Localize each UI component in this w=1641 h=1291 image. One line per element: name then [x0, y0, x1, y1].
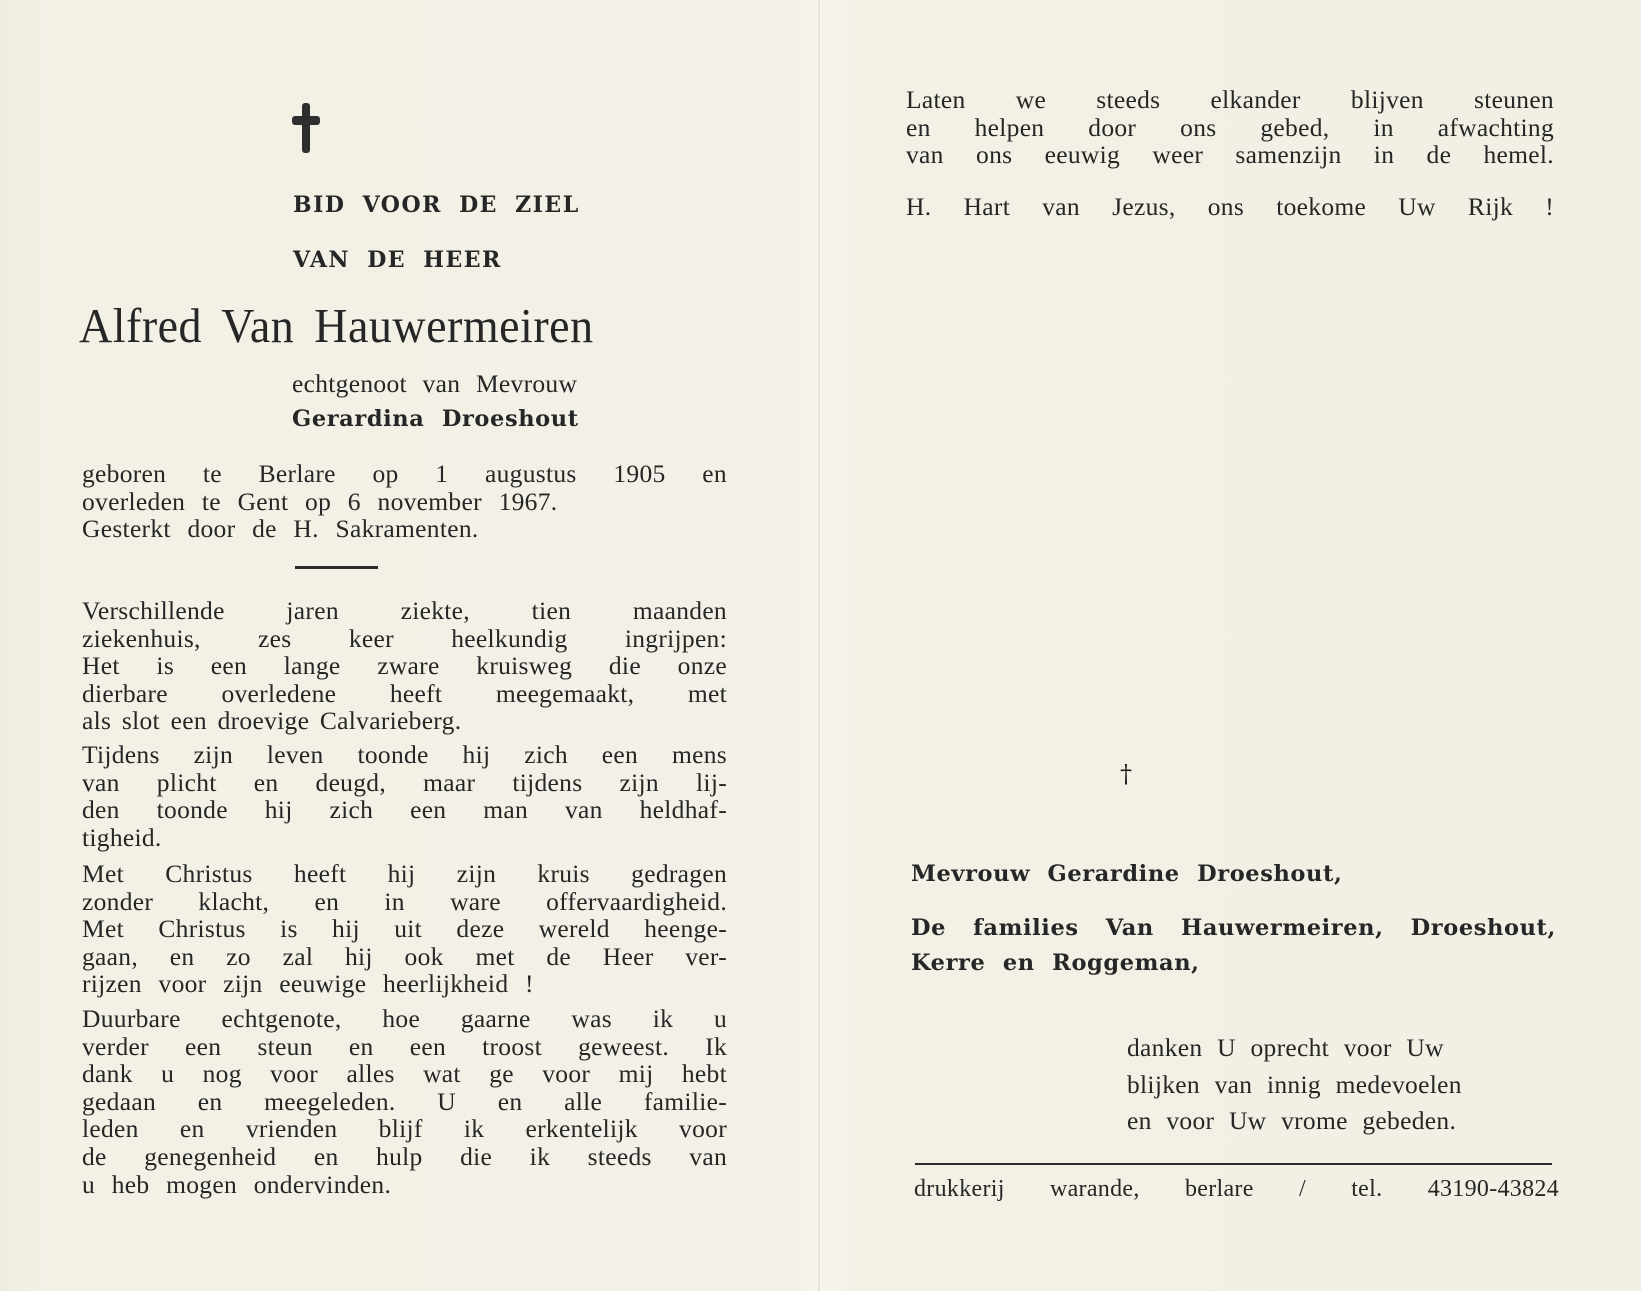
life-dates-line-2: overleden te Gent op 6 november 1967. [82, 488, 727, 516]
paragraph-line: den toonde hij zich een man van heldhaf- [82, 796, 727, 824]
paragraph-line: tigheid. [82, 824, 727, 852]
life-dates: geborenteBerlareop1augustus1905en overle… [82, 460, 727, 543]
life-dates-line-1: geborenteBerlareop1augustus1905en [82, 460, 727, 488]
paragraph-line: dierbare overledene heeft meegemaakt, me… [82, 680, 727, 708]
paragraph-line: Tijdens zijn leven toonde hij zich een m… [82, 741, 727, 769]
paragraph-line: Het is een lange zware kruisweg die onze [82, 652, 727, 680]
heading-bid-voor-de-ziel: BID VOOR DE ZIEL [293, 192, 580, 218]
paragraph-line: rijzen voor zijn eeuwige heerlijkheid ! [82, 970, 727, 998]
widow-name: Mevrouw Gerardine Droeshout, [911, 861, 1342, 887]
center-fold [818, 0, 822, 1291]
paragraph-line: van plicht en deugd, maar tijdens zijn l… [82, 769, 727, 797]
paragraph-4: Duurbare echtgenote, hoe gaarne was ik u… [82, 1005, 727, 1198]
families-line-1: De families Van Hauwermeiren, Droeshout, [911, 915, 1556, 945]
paragraph-1: Verschillende jaren ziekte, tien maanden… [82, 597, 727, 735]
paragraph-line: leden en vrienden blijf ik erkentelijk v… [82, 1115, 727, 1143]
paragraph-line: gedaan en meegeleden. U en alle familie- [82, 1088, 727, 1116]
small-cross-icon: † [1120, 762, 1132, 786]
paragraph-line: zonder klacht, en in ware offervaardighe… [82, 888, 727, 916]
paragraph-line: Met Christus heeft hij zijn kruis gedrag… [82, 860, 727, 888]
paragraph-line: de genegenheid en hulp die ik steeds van [82, 1143, 727, 1171]
paragraph-line: als slot een droevige Calvarieberg. [82, 707, 727, 735]
thanks-text: danken U oprecht voor Uw blijken van inn… [1127, 1030, 1560, 1140]
paragraph-2: Tijdens zijn leven toonde hij zich een m… [82, 741, 727, 851]
printer-credit: drukkerij warande, berlare / tel. 43190-… [914, 1176, 1559, 1204]
families-line-2: Kerre en Roggeman, [911, 950, 1200, 976]
families-text: De families Van Hauwermeiren, Droeshout, [911, 915, 1556, 945]
paragraph-line: u heb mogen ondervinden. [82, 1171, 727, 1199]
paragraph-line: Duurbare echtgenote, hoe gaarne was ik u [82, 1005, 727, 1033]
paragraph-line: verder een steun en een troost geweest. … [82, 1033, 727, 1061]
life-dates-line-3: Gesterkt door de H. Sakramenten. [82, 515, 727, 543]
prayer-line: van ons eeuwig weer samenzijn in de heme… [906, 141, 1554, 169]
invocation-line: H. Hart van Jezus, ons toekome Uw Rijk ! [906, 193, 1554, 221]
invocation: H. Hart van Jezus, ons toekome Uw Rijk ! [906, 193, 1554, 221]
thanks-line: blijken van innig medevoelen [1127, 1067, 1560, 1104]
prayer-line: Laten we steeds elkander blijven steunen [906, 86, 1554, 114]
thanks-line: danken U oprecht voor Uw [1127, 1030, 1560, 1067]
paragraph-line: gaan, en zo zal hij ook met de Heer ver- [82, 943, 727, 971]
paragraph-3: Met Christus heeft hij zijn kruis gedrag… [82, 860, 727, 998]
paragraph-line: ziekenhuis, zes keer heelkundig ingrijpe… [82, 625, 727, 653]
divider-rule [295, 566, 378, 569]
prayer-line: en helpen door ons gebed, in afwachting [906, 114, 1554, 142]
cross-icon [292, 103, 320, 153]
prayer-text: Laten we steeds elkander blijven steunen… [906, 86, 1554, 169]
paragraph-line: Verschillende jaren ziekte, tien maanden [82, 597, 727, 625]
paragraph-line: Met Christus is hij uit deze wereld heen… [82, 915, 727, 943]
deceased-name: Alfred Van Hauwermeiren [79, 298, 594, 354]
printer-line: drukkerij warande, berlare / tel. 43190-… [914, 1176, 1559, 1204]
paragraph-line: dank u nog voor alles wat ge voor mij he… [82, 1060, 727, 1088]
spouse-intro: echtgenoot van Mevrouw [292, 370, 577, 398]
footer-rule [915, 1163, 1552, 1165]
spouse-name: Gerardina Droeshout [292, 406, 579, 432]
thanks-line: en voor Uw vrome gebeden. [1127, 1103, 1560, 1140]
heading-van-de-heer: VAN DE HEER [293, 247, 502, 273]
